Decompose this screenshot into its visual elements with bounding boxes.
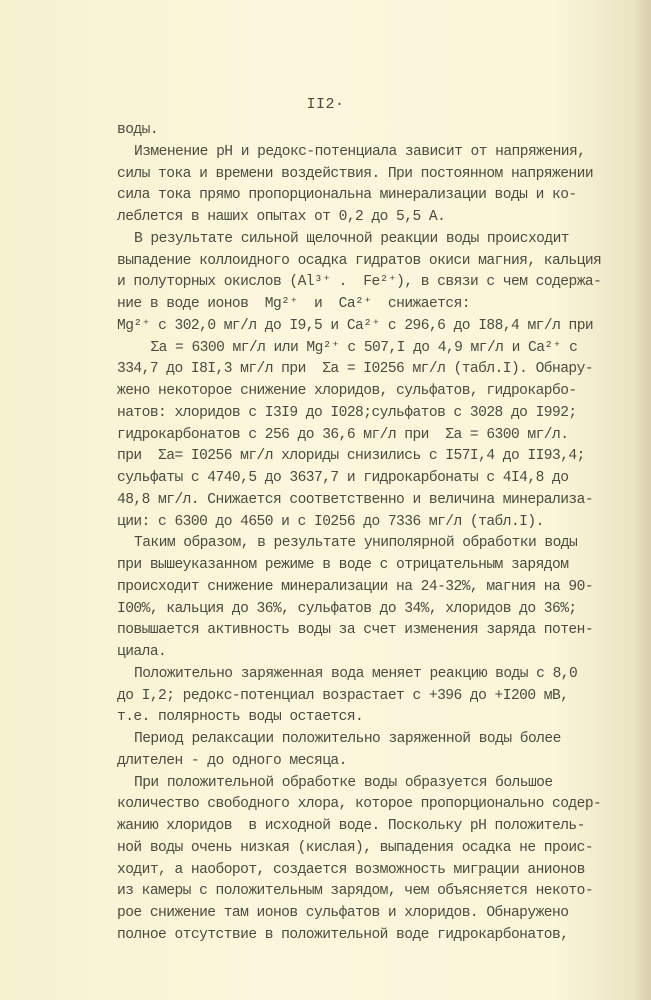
text-line: количество свободного хлора, которое про… <box>117 794 617 816</box>
text-line: из камеры с положительным зарядом, чем о… <box>117 881 617 903</box>
text-line: ние в воде ионов Mg²⁺ и Ca²⁺ снижается: <box>117 294 617 316</box>
text-line: полное отсутствие в положительной воде г… <box>117 925 617 947</box>
page-number: II2· <box>0 96 651 113</box>
text-line: 334,7 до I8I,3 мг/л при Σа = I0256 мг/л … <box>117 359 617 381</box>
text-line: ходит, а наоборот, создается возможность… <box>117 860 617 882</box>
text-line: до I,2; редокс-потенциал возрастает с +3… <box>117 686 617 708</box>
text-line: выпадение коллоидного осадка гидратов ок… <box>117 251 617 273</box>
text-line: происходит снижение минерализации на 24-… <box>117 577 617 599</box>
text-line: натов: хлоридов с I3I9 до I028;сульфатов… <box>117 403 617 425</box>
text-line: при вышеуказанном режиме в воде с отрица… <box>117 555 617 577</box>
text-line: жено некоторое снижение хлоридов, сульфа… <box>117 381 617 403</box>
text-line: и полуторных окислов (Al³⁺ . Fe²⁺), в св… <box>117 272 617 294</box>
text-line: гидрокарбонатов с 256 до 36,6 мг/л при Σ… <box>117 425 617 447</box>
text-line: 48,8 мг/л. Снижается соответственно и ве… <box>117 490 617 512</box>
text-line: ной воды очень низкая (кислая), выпадени… <box>117 838 617 860</box>
text-line: жанию хлоридов в исходной воде. Поскольк… <box>117 816 617 838</box>
text-line: длителен - до одного месяца. <box>117 751 617 773</box>
text-line: циала. <box>117 642 617 664</box>
text-line: т.е. полярность воды остается. <box>117 707 617 729</box>
text-line: сульфаты с 4740,5 до 3637,7 и гидрокарбо… <box>117 468 617 490</box>
text-line: Период релаксации положительно заряженно… <box>117 729 617 751</box>
text-line: сила тока прямо пропорциональна минерали… <box>117 185 617 207</box>
text-line: при Σа= I0256 мг/л хлориды снизились с I… <box>117 446 617 468</box>
text-line: леблется в наших опытах от 0,2 до 5,5 А. <box>117 207 617 229</box>
text-line: При положительной обработке воды образуе… <box>117 773 617 795</box>
text-line: рое снижение там ионов сульфатов и хлори… <box>117 903 617 925</box>
body-text: воды.Изменение рН и редокс-потенциала за… <box>117 120 617 947</box>
document-page: II2· воды.Изменение рН и редокс-потенциа… <box>0 0 651 1000</box>
text-line: воды. <box>117 120 617 142</box>
text-line: Таким образом, в результате униполярной … <box>117 533 617 555</box>
text-line: Изменение рН и редокс-потенциала зависит… <box>117 142 617 164</box>
text-line: В результате сильной щелочной реакции во… <box>117 229 617 251</box>
text-line: Mg²⁺ с 302,0 мг/л до I9,5 и Ca²⁺ с 296,6… <box>117 316 617 338</box>
text-line: повышается активность воды за счет измен… <box>117 620 617 642</box>
text-line: I00%, кальция до 36%, сульфатов до 34%, … <box>117 599 617 621</box>
text-line: Положительно заряженная вода меняет реак… <box>117 664 617 686</box>
text-line: силы тока и времени воздействия. При пос… <box>117 164 617 186</box>
text-line: Σа = 6300 мг/л или Mg²⁺ с 507,I до 4,9 м… <box>117 338 617 360</box>
text-line: ции: с 6300 до 4650 и с I0256 до 7336 мг… <box>117 512 617 534</box>
